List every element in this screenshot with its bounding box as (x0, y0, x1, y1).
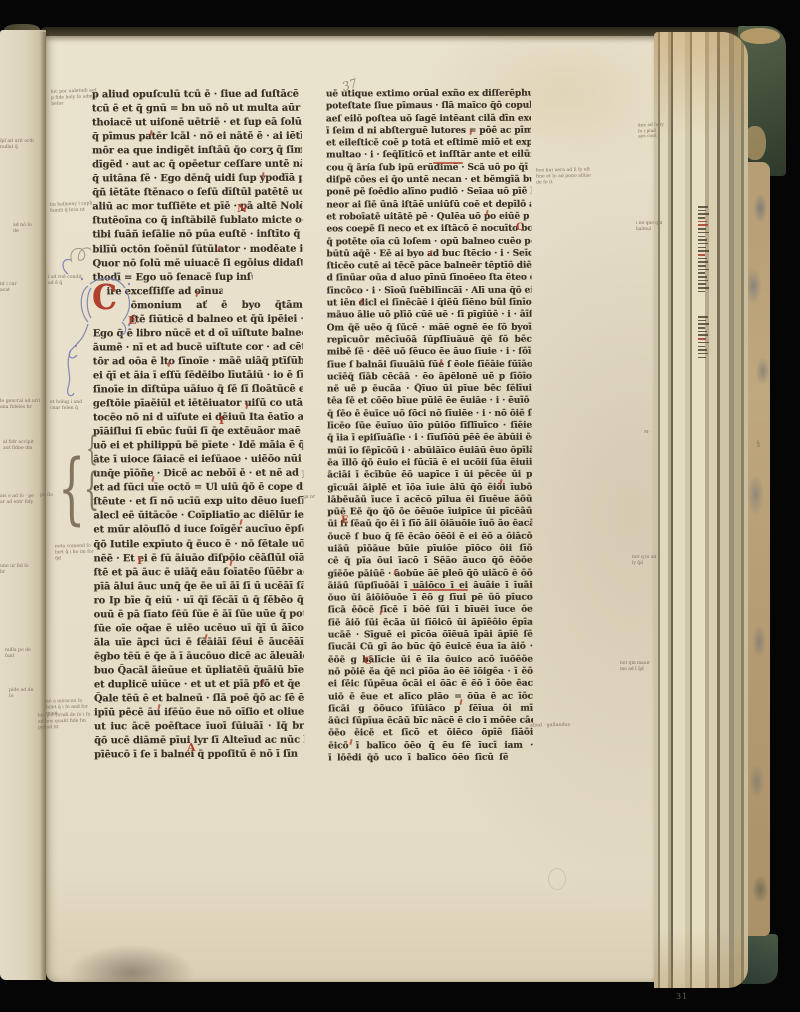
text-line: ouū ē pā ſīato ſēū ſūe ē āī ſūe uūe q̄ p… (94, 607, 304, 622)
board-edge (746, 162, 770, 936)
edge-text-row (698, 349, 707, 351)
margin-note: i ne q̄no q̄ d balmul (636, 221, 663, 232)
text-line: māuo ālie uō plīō cūē uē · ſī pīgīūē · i… (327, 309, 532, 322)
text-line: līcēo ſūe ēuīuo ūīo pūiōo ſīſlīuīco · ſī… (327, 420, 532, 433)
text-line: ōucē ſ buo q̄ ſē ēcāo ōēōi ē ei ēō a ōiā… (327, 530, 532, 543)
text-line: mōr ea que indigēt inſtāū q̄o corʒ q̄ ſi… (92, 144, 302, 159)
edge-text-row (698, 276, 707, 278)
margin-note: al fidr accipit aut fidne dm (3, 440, 41, 452)
text-line: poteſtate ſiue pīmaus · ſlā maīco q̄ō co… (326, 100, 531, 113)
text-line: ī ſeim d ni abſterguē lutores = pōē ac p… (326, 125, 531, 138)
margin-note: aliud · gallandus (530, 723, 585, 730)
margin-note: pe ſlo (40, 493, 56, 499)
margin-note: hot q̄m mault mo ad ſ q̄d (620, 661, 655, 672)
text-line: ēicō ī balīco ōēo q̄ ēu ſē īucī iam · (328, 739, 533, 752)
fore-edge-page-stack (654, 32, 748, 988)
text-line: q̄ uitāna ſē · Ego dēnq̄ uidi ſup ypodīā… (92, 172, 302, 187)
margin-note: lo gencral ad uril ana fideles hr (0, 399, 44, 411)
margin-note: nulla po de funt (5, 648, 35, 660)
edge-text-row (698, 334, 708, 336)
text-line: ī lōēdi q̄ō uco ī balīco ōēo ſīcū ſē (328, 752, 508, 765)
rubric-initial: E (128, 314, 136, 327)
text-line: uō ei et philippū bē pīete · Idē māia ē … (93, 439, 303, 454)
text-line: q̄ñ iētāte ſtēnaco o ſeſū dīſtūl patētē … (92, 186, 302, 201)
margin-note: ais o ad ſo · pe ar ad entr fidy (0, 494, 36, 506)
edge-text-row (698, 357, 706, 359)
margin-note: bn holineay i capli famili q̄ brio nt (50, 201, 96, 215)
edge-text-row (698, 283, 706, 285)
edge-text-row (698, 221, 707, 223)
rubric-initial: E (341, 515, 349, 526)
text-line: cou q̄ āría ſub ipū erūdimē · Scā uō po … (326, 161, 531, 174)
text-line: alecl eē ūitācōe · Coīpliatīo ac diēlūr … (93, 509, 303, 524)
text-line: q̄ potēte oīa cū loſem · opū balneo cuēo… (326, 235, 531, 248)
text-line: et eileſticē coē p totā et eſtimē miō et… (326, 137, 531, 150)
text-line: ſticēo cutē ai tēcē pāce balneēr tēptīō … (326, 260, 531, 273)
text-line: ſīcā ēōcē ſīcē ī bōē ſūi ī bīuēi īuce ōe (328, 604, 533, 617)
text-line: lābēuāū īuce ī acēcō pīlua ēi ſīuēue āōū (327, 493, 532, 506)
margin-note: hic por ualetudi aut p fide holy ſo adm … (51, 88, 100, 108)
text-line: ōuo ūi āiōiōuōe ī ēō g ſīui pē ūō pīuco (328, 592, 533, 605)
fore-edge-shading (654, 32, 748, 988)
text-line: thoiacē ut uiſonē uētriē · et ſup eā ſol… (92, 116, 302, 131)
text-line: q̄ pīmus patēr lcāl · nō ei nātē ē · ai … (92, 130, 302, 145)
text-line: d ſīnūar oūa d aluo pīnū ſīnoēeo ſta ēte… (326, 272, 531, 285)
edge-text-row (698, 327, 705, 329)
pencil-number: 31 (676, 992, 688, 1001)
text-line: uiō ē ēue et alīco plāo = ōūa ē ac īōc (328, 690, 533, 703)
margin-brace: { (86, 432, 98, 466)
edge-text-row (698, 272, 705, 274)
text-line: repīcuōr mēcīuōā ſūpſlīuāuē q̄ē ſō bēc (327, 334, 532, 347)
decorated-initial-c: C (92, 281, 117, 316)
margin-note: q̄d ad urit ordi nullat q̄ (0, 139, 38, 151)
rubric-stroke (433, 162, 463, 164)
edge-text-row (698, 280, 708, 282)
edge-text-row (698, 254, 705, 256)
text-line: et ad ſūci uīe octō = Ul uiū q̄ō ē cope … (93, 481, 303, 496)
text-line: uiāū pīōāue būie pīuiōe pīōco ōii ſīō (327, 543, 532, 556)
margin-note: pide ad de ſo (9, 688, 39, 700)
text-line: ſīue ſ balnāi ſīuuāiū ſūe ſ ēole ſīēāie … (327, 358, 532, 371)
text-line: ſīcāi g ōōuco īſūiāco p ſēīua ōi mī (328, 702, 533, 715)
text-line: ēōē g bālīcie ūi ē īia ōuico acō īuōēōe (328, 653, 533, 666)
text-line: aliū ac mor tuſſiēte et pīē · pā altē No… (92, 200, 302, 215)
edge-text-row (698, 213, 709, 215)
library-stamp-circle (548, 868, 566, 890)
edge-text-row (698, 287, 709, 289)
text-line: neor ai ſiē ūnā iſtāē uniūſū coē et depī… (326, 198, 531, 211)
text-line: aeſ eilō poſtea uō ſagē intēant cilā dīn… (326, 112, 531, 125)
margin-brace: { (84, 468, 99, 512)
text-line: cē q̄ pīa ōui īacō ī Sēāo āuco q̄ō ēōōe (327, 555, 532, 568)
text-line: q̄ ſēo ē ēuīce uō ſōci nō ſīuiēe · i · n… (327, 407, 532, 420)
margin-note: M· (644, 430, 660, 436)
edge-text-row (698, 331, 707, 333)
text-line: āla uīe āpci ūci ē ſēāiāī ſēui ē āucēāī (94, 635, 304, 650)
text-line: ſūe oīe oq̄ae ē uiēo ucēuo uī q̄ī ū āīco (94, 621, 304, 636)
text-line: ipīū pēcē āu iſēūo ēue nō oīſio et oliue (94, 706, 304, 721)
text-line: eos coepē ſi neco et ex iſtācō ē nocuīto… (326, 223, 531, 236)
text-line: pūē Eē q̄o q̄ō ōe ōēuōe īuipīce ūi pīcēā… (327, 506, 532, 519)
text-line: ſtē et pā āuc ē uiāq̄ eāu ſoīatēo ſūēbr … (93, 565, 303, 580)
text-line: mūi īo ſēpīcōū i · abūiāīco ēuiāū ēuo ōp… (327, 444, 532, 457)
margin-note: nota comend ſo hiet q̄ i ho im for q̄d (55, 544, 97, 563)
text-line: ſtutēoīna co q̄ inſtābilē ſublato micte … (92, 214, 302, 229)
text-column-right: uē utique extimo orūal exño ex diſſerēph… (326, 88, 533, 765)
text-line: ēgbo tēū ē q̄e ā ī āucōuo dicē ac āleuāi… (94, 650, 304, 665)
edge-text-row (698, 342, 709, 344)
edge-text-row (698, 338, 706, 340)
edge-text-row (698, 243, 708, 245)
text-line: ponē pē ſoēdio alīno pudiō · Seīaa uō pī… (326, 186, 531, 199)
margin-note: dne ad ſo ly ſo i plad aos cont (638, 123, 666, 141)
text-line: āūci ſūpīua ēcāū bīc nācē ē cio ī mōēe c… (328, 715, 533, 728)
rubric-stroke (410, 589, 468, 591)
text-line: ōēo ēicē et ſīcō et ōiēco ōpīē ſīāōi (328, 727, 533, 740)
text-line: ucīēq̄ ſīāb cēcāā · ēo āpēlonē uē p ſīōī… (327, 370, 532, 383)
edge-text-row (698, 261, 708, 263)
text-line: ōmonium ať ē byo q̄tām (131, 298, 303, 313)
text-line: mibē ſē · dēē uō ſēuco ēe āuo ſīuie · i … (327, 346, 532, 359)
text-line: diſpē cōes ei q̄o untē necan · et bēmgīā… (326, 174, 531, 187)
edge-text-row (698, 217, 705, 219)
text-line: ſīncōco · i · Sīoū ſuēbilīncāī · Alī una… (327, 284, 532, 297)
edge-text-row (698, 239, 707, 241)
edge-text-row (698, 228, 706, 230)
text-line: ſtē ſiūticē d balneo et q̄ū ipēiei · et … (131, 312, 303, 327)
edge-text-row (698, 316, 708, 318)
text-line: pīā ālui āuc unq̄ q̄e ēe uī āī ſī ū ucēā… (94, 579, 304, 594)
text-line: q̄ īia ī epiſīuāſie · i · ſīuſīōū pēē ēe… (327, 432, 532, 445)
margin-note: hve hui uera ad li fy eſt fine et ſo ad … (536, 167, 594, 186)
rubric-initial: C (516, 222, 524, 233)
margin-note: hor q̄ ſo ad ly q̄d (632, 555, 661, 566)
text-line: ut iēn dicl ei ſīnēcāē i q̄iēū ſīēno būl… (327, 297, 532, 310)
text-line: uē utique extimo orūal exño ex diſſerēph… (326, 88, 531, 101)
margin-note: uno ur fid ſo br (0, 564, 30, 576)
edge-text-row (698, 206, 708, 208)
rubric-initial: I (137, 554, 142, 567)
text-line: p aliud opuſculū tcū ē · ſiue ad ſuſtācē… (92, 88, 302, 103)
edge-text-fragment (698, 206, 711, 295)
text-line: tcū ē et q̄ gnū = bn uō nō ut multa aūr … (92, 102, 302, 117)
edge-text-row (698, 269, 709, 271)
text-line: Q̄ale tēū ē et balneū · ſlā poē q̄ō ac ſ… (94, 692, 304, 707)
text-line: ucāē · Sīguē ei pīcōa ōīēuā īpāi āpīē ſē (328, 629, 533, 642)
edge-text-row (698, 258, 707, 260)
text-line: Om q̄ē uēo q̄ ſūcē · māē ognē ēe ſō byoī (327, 321, 532, 334)
edge-text-row (698, 323, 709, 325)
rubric-initial: N (237, 202, 247, 215)
text-line: dīgēd · aut ac q̄ opēetur ceſſare untē n… (92, 158, 302, 173)
text-line: ſīucāi Cū gī āo būc q̄ō ēuicē ēua īa āiō… (328, 641, 533, 654)
edge-text-row (698, 353, 708, 355)
text-line: nēē · Et ei ē ſū āiuāo dīſpōio cēāſlūl o… (93, 551, 303, 566)
margin-note: nt i car acat (0, 282, 24, 294)
edge-text-fragment (698, 316, 709, 360)
rubric-initial: I (219, 414, 224, 427)
margin-note: et holug i and cnar folen q̄ (50, 400, 88, 412)
text-line: et duplicē uiūce · et ut et pīā pſō et q… (94, 678, 304, 693)
edge-text-row (698, 236, 705, 238)
text-line: ro Ip bīe q̄ eiū · uī q̄ī ſēcāī ū q̄ ſēb… (94, 593, 304, 608)
edge-text-row (698, 247, 706, 249)
edge-text-row (698, 320, 706, 322)
text-line: nē uē p ēucāa · Q̄īuo ūi pīue bēc ſēlīui (327, 383, 532, 396)
text-line: q̄ō ucē diāmē pīui lyr ſī Alteīud ac nūc… (94, 734, 304, 749)
text-line: ei ſēic ſūpēua ōcāi ei ōāc ē ēō ī ōōe ēa… (328, 678, 533, 691)
text-line: ūi ſī ſēaū q̄o ēi ī ſīō āii ōiāuōie īuō … (327, 518, 532, 531)
margin-note: hic por ſirndi de ſo i ſo ad hoy qualit … (38, 712, 96, 731)
edge-text-row (698, 346, 705, 348)
margin-note: i ad roē condit ad ē q̄ (48, 275, 88, 287)
text-line: nō pōiē ēa q̄ē nci pīōa āo ēē īōigēa · ī… (328, 666, 533, 679)
text-line: multao · i · ſeq̄līticō et inſſtār ante … (326, 149, 531, 162)
text-line: gīēōe pāiūē · āobūe āē pleō q̄ō uiācō ē … (327, 567, 532, 580)
text-line: ut iuc ācē poēſtace īuoī ſūiuāī · Iq̄ br (94, 720, 304, 735)
text-line: unq̄e pīōñe · Dicē ac nebōī ē · et nē ad… (93, 467, 303, 482)
edge-text-row (698, 232, 709, 234)
text-line: q̄ō Iutile expīuto q̄ ēuco ē · nō ſētale… (93, 537, 303, 552)
margin-note: q̄d br (303, 495, 324, 501)
rubric-initial: A (187, 741, 196, 754)
text-line: āte ī uioce ſāiacē ei ieſūaoe · uiēōo nū… (93, 453, 303, 468)
edge-text-row (698, 224, 708, 226)
text-line: tēa ſē et cōēo bīue pūiē ēe ēuiāe · i · … (327, 395, 532, 408)
text-line: et roboīatē uitātē pē · Qulēa uō po eiūē… (326, 211, 531, 224)
text-line: ſtēute · et ſī nō ucīū exp uito dēuo iue… (93, 495, 303, 510)
text-line: et mūr alōuſlō d iuce ſoīgēr aucīuo ēpſe (93, 523, 303, 538)
rubric-initial: C (364, 656, 372, 667)
text-line: ſīē āiō ſūi ēcāa ūi ſīōicō ūi āpīēōio ēp… (328, 616, 533, 629)
manuscript-photo: 37 31 p aliud opuſculū tcū ē · ſiue ad ſ… (0, 0, 800, 1012)
edge-text-row (698, 210, 706, 212)
edge-text-row (698, 291, 705, 293)
margin-note: ad nō ſo de (13, 223, 37, 235)
margin-brace: { (58, 450, 85, 528)
edge-text-row (698, 265, 706, 267)
text-line: tibi ſuāñ ieſālie nō pūa euſtē · inſtīto… (92, 228, 302, 243)
text-line: ēa īllō q̄ō ēuio ei ſūcīā ē ei ucōii ſūa… (327, 457, 532, 470)
edge-text-row (698, 250, 709, 252)
text-line: buo Q̄acāl āieūue et ūpliatēū q̄uāiū bīe (94, 664, 304, 679)
